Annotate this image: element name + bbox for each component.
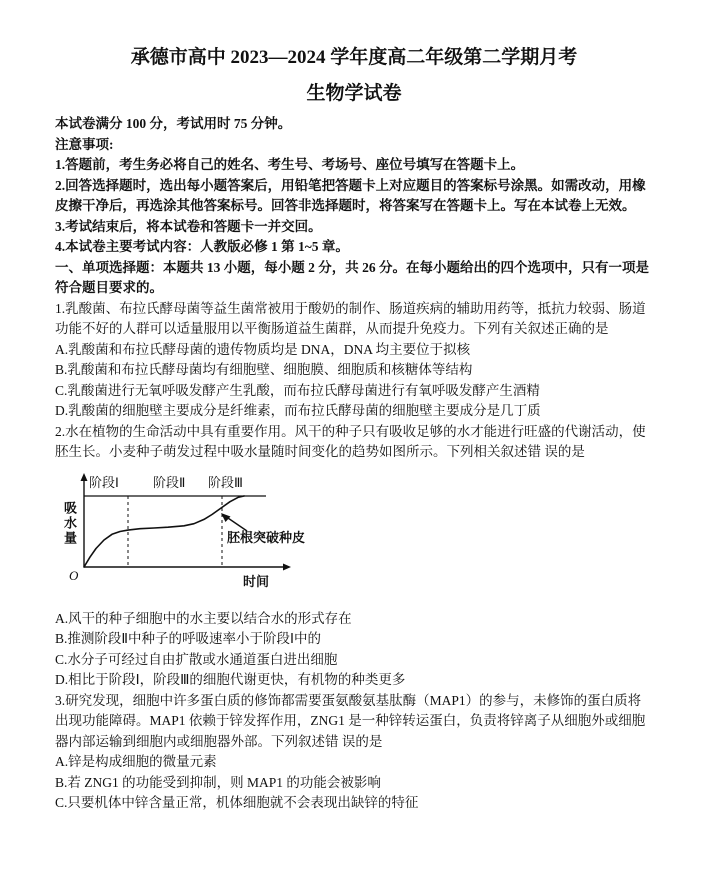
option-item: A.锌是构成细胞的微量元素	[55, 752, 653, 773]
question-stem: 3.研究发现，细胞中许多蛋白质的修饰都需要蛋氨酸氨基肽酶（MAP1）的参与，未修…	[55, 691, 653, 753]
exam-subtitle: 生物学试卷	[55, 82, 653, 106]
chart-x-axis-label: 时间	[243, 575, 269, 589]
question-stem: 1.乳酸菌、布拉氏酵母菌等益生菌常被用于酸奶的制作、肠道疾病的辅助用药等，抵抗力…	[55, 299, 653, 340]
option-item: D.相比于阶段Ⅰ，阶段Ⅲ的细胞代谢更快，有机物的种类更多	[55, 670, 653, 691]
chart-annotation-label: 胚根突破种皮	[227, 531, 305, 545]
chart-phase-3-label: 阶段Ⅲ	[208, 476, 243, 490]
question-2: 2.水在植物的生命活动中具有重要作用。风干的种子只有吸收足够的水才能进行旺盛的代…	[55, 422, 653, 691]
note-item: 3.考试结束后，将本试卷和答题卡一并交回。	[55, 217, 653, 238]
note-item: 1.答题前，考生务必将自己的姓名、考生号、考场号、座位号填写在答题卡上。	[55, 155, 653, 176]
option-item: C.乳酸菌进行无氧呼吸发酵产生乳酸，而布拉氏酵母菌进行有氧呼吸发酵产生酒精	[55, 381, 653, 402]
chart-phase-2-label: 阶段Ⅱ	[153, 476, 185, 490]
chart-origin-label: O	[69, 569, 78, 583]
chart-phase-1-label: 阶段Ⅰ	[89, 476, 119, 490]
question-stem: 2.水在植物的生命活动中具有重要作用。风干的种子只有吸收足够的水才能进行旺盛的代…	[55, 422, 653, 463]
question-3: 3.研究发现，细胞中许多蛋白质的修饰都需要蛋氨酸氨基肽酶（MAP1）的参与，未修…	[55, 691, 653, 814]
exam-paper-page: 承德市高中 2023—2024 学年度高二年级第二学期月考 生物学试卷 本试卷满…	[0, 0, 701, 877]
option-item: B.乳酸菌和布拉氏酵母菌均有细胞壁、细胞膜、细胞质和核糖体等结构	[55, 360, 653, 381]
note-item: 2.回答选择题时，选出每小题答案后，用铅笔把答题卡上对应题目的答案标号涂黑。如需…	[55, 176, 653, 217]
x-axis-arrow-icon	[283, 563, 291, 570]
option-item: B.若 ZNG1 的功能受到抑制，则 MAP1 的功能会被影响	[55, 773, 653, 794]
section-heading: 一、单项选择题：本题共 13 小题，每小题 2 分，共 26 分。在每小题给出的…	[55, 258, 653, 299]
exam-title: 承德市高中 2023—2024 学年度高二年级第二学期月考	[55, 46, 653, 70]
option-item: C.水分子可经过自由扩散或水通道蛋白进出细胞	[55, 650, 653, 671]
option-item: A.风干的种子细胞中的水主要以结合水的形式存在	[55, 609, 653, 630]
option-item: D.乳酸菌的细胞壁主要成分是纤维素，而布拉氏酵母菌的细胞壁主要成分是几丁质	[55, 401, 653, 422]
option-item: A.乳酸菌和布拉氏酵母菌的遗传物质均是 DNA，DNA 均主要位于拟核	[55, 340, 653, 361]
page-content: 承德市高中 2023—2024 学年度高二年级第二学期月考 生物学试卷 本试卷满…	[0, 0, 701, 814]
water-uptake-chart: 吸水量 阶段Ⅰ 阶段Ⅱ 阶段Ⅲ O 时间 胚根突破种皮	[61, 467, 373, 607]
note-item: 4.本试卷主要考试内容：人教版必修 1 第 1~5 章。	[55, 237, 653, 258]
option-item: B.推测阶段Ⅱ中种子的呼吸速率小于阶段Ⅰ中的	[55, 629, 653, 650]
chart-y-axis-label: 吸水量	[62, 501, 76, 546]
question-1: 1.乳酸菌、布拉氏酵母菌等益生菌常被用于酸奶的制作、肠道疾病的辅助用药等，抵抗力…	[55, 299, 653, 422]
water-uptake-curve	[84, 496, 244, 567]
exam-info: 本试卷满分 100 分，考试用时 75 分钟。	[55, 114, 653, 135]
notes-heading: 注意事项:	[55, 135, 653, 156]
option-item: C.只要机体中锌含量正常，机体细胞就不会表现出缺锌的特征	[55, 793, 653, 814]
y-axis-arrow-icon	[81, 473, 88, 481]
